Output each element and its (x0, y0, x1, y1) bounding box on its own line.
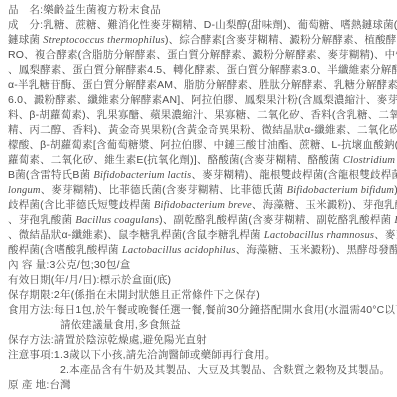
text-segment: 、鳳梨酵素、蛋白質分解酵素4.5、轉化酵素、蛋白質分解酵素3.0、半纖維素分解酵… (8, 64, 397, 76)
species-name: Lactobacillus rhamnosus (264, 230, 374, 241)
text-segment: 、海藻糖、玉米澱粉)、黑酵母發酵物(含β- (236, 244, 397, 256)
text-segment: 、麥芽糊精 (374, 229, 397, 241)
label-line: 歧桿菌(含比菲德氏短雙歧桿菌 Bifidobacterium breve、海藻糖… (8, 198, 397, 213)
species-name: Bacillus coagulans (75, 215, 159, 226)
text-segment: 、微結晶狀α-纖維素)、鼠李糖乳桿菌(含鼠李糖乳桿菌 (8, 229, 264, 241)
label-line: 鏈球菌 Streptococcus thermophilus)、綜合酵素[含麥芽… (8, 33, 397, 48)
text-segment: 2.本產品含有牛奶及其製品、大豆及其製品、含麩質之穀物及其製品。 (60, 364, 390, 376)
text-segment: )、副乾酪乳酸桿菌(含麥芽糊精、副乾酪乳酸桿菌 (159, 214, 394, 226)
text-segment: 有效日期(年/月/日):標示於盒面(底) (8, 274, 171, 286)
text-segment: 請依建議量食用,多食無益 (60, 319, 181, 331)
text-segment: 保存期限:2年(係指在未開封狀態且正常條件下之保存) (8, 289, 260, 301)
product-ingredient-label: 品 名:樂齡益生菌複方粉末食品成 分:乳糖、蔗糖、難消化性麥芽糊精、D-山梨醇(… (0, 0, 397, 397)
text-segment: α-半乳糖苷酶、蛋白質分解酵素AM、脂肪分解酵素、胜肽分解酵素、乳糖分解酵素、蛋… (8, 79, 397, 91)
species-name: Lactobacillus acidophilus (122, 245, 236, 256)
label-line: 請依建議量食用,多食無益 (8, 318, 397, 333)
label-line: longum、麥芽糊精)、比菲德氏菌(含麥芽糊精、比菲德氏菌 Bifidobac… (8, 183, 397, 198)
species-name: longum (8, 185, 41, 196)
label-line: 、鳳梨酵素、蛋白質分解酵素4.5、轉化酵素、蛋白質分解酵素3.0、半纖維素分解酵… (8, 63, 397, 78)
text-segment: 歧桿菌(含比菲德氏短雙歧桿菌 (8, 199, 154, 211)
label-line: 、微結晶狀α-纖維素)、鼠李糖乳桿菌(含鼠李糖乳桿菌 Lactobacillus… (8, 228, 397, 243)
label-line: RO、複合酵素(含脂肪分解酵素、蛋白質分解酵素、澱粉分解酵素、麥芽糊精)、中性蛋… (8, 48, 397, 63)
label-line: 保存期限:2年(係指在未開封狀態且正常條件下之保存) (8, 288, 397, 303)
species-name: Streptococcus thermophilus (43, 35, 165, 46)
text-segment: 、麥芽糊精)、比菲德氏菌(含麥芽糊精、比菲德氏菌 (41, 184, 287, 196)
text-segment: 品 名:樂齡益生菌複方粉末食品 (8, 4, 161, 16)
species-name: Bifidobacterium breve (154, 200, 252, 211)
text-segment: 內 容 量:3公克/包;30包/盒 (8, 259, 130, 271)
label-line: 內 容 量:3公克/包;30包/盒 (8, 258, 397, 273)
label-line: 料、β-胡蘿蔔素)、乳果寡醣、蘋果濃縮汁、果寡糖、二氧化矽、香料(含乳糖、二氧化… (8, 108, 397, 123)
text-segment: )、綜合酵素[含麥芽糊精、澱粉分解酵素、植酸酵素、葡萄糖糊 (165, 34, 397, 46)
label-line: 酸桿菌(含嗜酸乳酸桿菌 Lactobacillus acidophilus、海藻… (8, 243, 397, 258)
text-segment: 蘿蔔素、二氧化矽、維生素E(抗氧化劑)]、酪酸菌(含麥芽糊精、酪酸菌 (8, 154, 343, 166)
label-line: α-半乳糖苷酶、蛋白質分解酵素AM、脂肪分解酵素、胜肽分解酵素、乳糖分解酵素、蛋… (8, 78, 397, 93)
text-segment: 、海藻糖、玉米澱粉)、芽孢乳酸菌(含 (252, 199, 397, 211)
species-name: Bifidobacterium lactis (93, 170, 191, 181)
label-line: 保存方法:請置於陰涼乾燥處,避免陽光直射 (8, 333, 397, 348)
text-segment: 食用方法:每日1包,於午餐或晚餐任選一餐,餐前30分鐘搭配開水食用(水溫需40°… (8, 304, 397, 316)
label-line: 成 分:乳糖、蔗糖、難消化性麥芽糊精、D-山梨醇(甜味劑)、葡萄糖、嗜熱鏈球菌(… (8, 18, 397, 33)
label-line: 、芽孢乳酸菌 Bacillus coagulans)、副乾酪乳酸桿菌(含麥芽糊精… (8, 213, 397, 228)
text-segment: 、麥芽糊精)、龍根雙歧桿菌(含龍根雙歧桿菌 (191, 169, 397, 181)
text-segment: 料、β-胡蘿蔔素)、乳果寡醣、蘋果濃縮汁、果寡糖、二氧化矽、香料(含乳糖、二氧化… (8, 109, 397, 121)
text-segment: 檬酸、β-胡蘿蔔素[含葡萄糖漿、阿拉伯膠、中鏈三酸甘油酯、蔗糖、L-抗壞血酸鈉(… (8, 139, 397, 151)
label-line: 檬酸、β-胡蘿蔔素[含葡萄糖漿、阿拉伯膠、中鏈三酸甘油酯、蔗糖、L-抗壞血酸鈉(… (8, 138, 397, 153)
text-segment: 成 分:乳糖、蔗糖、難消化性麥芽糊精、D-山梨醇(甜味劑)、葡萄糖、嗜熱鏈球菌(… (8, 19, 397, 31)
text-segment: 、芽孢乳酸菌 (8, 214, 75, 226)
label-line: 品 名:樂齡益生菌複方粉末食品 (8, 3, 397, 18)
text-segment: 注意事項:1.3歲以下小孩,請先洽詢醫師或藥師再行食用。 (8, 349, 276, 361)
label-line: 6.0、澱粉酵素、纖維素分解酵素AN]、阿拉伯膠、鳳梨果汁粉(含鳳梨濃縮汁、麥芽… (8, 93, 397, 108)
label-line: 食用方法:每日1包,於午餐或晚餐任選一餐,餐前30分鐘搭配開水食用(水溫需40°… (8, 303, 397, 318)
text-segment: RO、複合酵素(含脂肪分解酵素、蛋白質分解酵素、澱粉分解酵素、麥芽糊精)、中性蛋… (8, 49, 397, 61)
text-segment: 保存方法:請置於陰涼乾燥處,避免陽光直射 (8, 334, 207, 346)
label-line: B菌(含雷特氏B菌 Bifidobacterium lactis、麥芽糊精)、龍… (8, 168, 397, 183)
text-segment: 6.0、澱粉酵素、纖維素分解酵素AN]、阿拉伯膠、鳳梨果汁粉(含鳳梨濃縮汁、麥芽… (8, 94, 397, 106)
label-line: 注意事項:1.3歲以下小孩,請先洽詢醫師或藥師再行食用。 (8, 348, 397, 363)
label-line: 蘿蔔素、二氧化矽、維生素E(抗氧化劑)]、酪酸菌(含麥芽糊精、酪酸菌 Clost… (8, 153, 397, 168)
label-lines: 品 名:樂齡益生菌複方粉末食品成 分:乳糖、蔗糖、難消化性麥芽糊精、D-山梨醇(… (8, 3, 397, 393)
text-segment: 鏈球菌 (8, 34, 43, 46)
label-line: 精、丙二醇、香料)、黃金奇異果粉(含黃金奇異果粉、微結晶狀α-纖維素、二氧化矽)… (8, 123, 397, 138)
species-name: Bifidobacterium bifidum (287, 185, 395, 196)
label-line: 有效日期(年/月/日):標示於盒面(底) (8, 273, 397, 288)
text-segment: 酸桿菌(含嗜酸乳酸桿菌 (8, 244, 122, 256)
text-segment: 精、丙二醇、香料)、黃金奇異果粉(含黃金奇異果粉、微結晶狀α-纖維素、二氧化矽)… (8, 124, 397, 136)
species-name: Clostridium Butyricum (343, 155, 397, 166)
label-line: 2.本產品含有牛奶及其製品、大豆及其製品、含麩質之穀物及其製品。 (8, 363, 397, 378)
text-segment: 原 產 地:台灣 (8, 379, 71, 391)
label-line: 原 產 地:台灣 (8, 378, 397, 393)
text-segment: B菌(含雷特氏B菌 (8, 169, 93, 181)
